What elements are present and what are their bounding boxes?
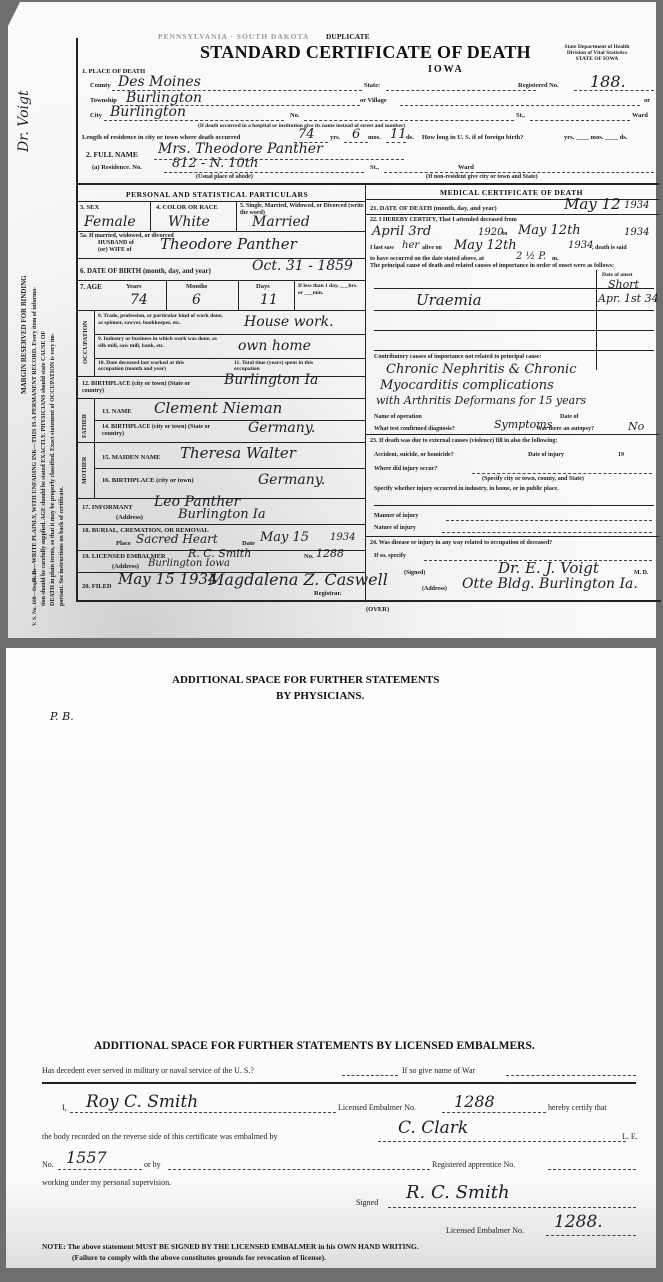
personal-section-title: PERSONAL AND STATISTICAL PARTICULARS — [126, 190, 308, 199]
margin-handwritten-note: Dr. Voigt — [16, 90, 32, 152]
le-no-value: 1557 — [66, 1148, 107, 1167]
father-birthplace-label: 14. BIRTHPLACE (city or town) (State or … — [102, 424, 212, 438]
birthplace-label: 12. BIRTHPLACE (city or town) (State or … — [82, 381, 192, 395]
informant-address-label: (Address) — [116, 514, 143, 521]
where-label: Where did injury occur? — [374, 466, 437, 472]
foreign-birth-label: How long in U. S. if of foreign birth? — [422, 134, 523, 141]
i-label: I, — [62, 1103, 67, 1112]
instruction-line-4: portant. See instructions on back of cer… — [59, 486, 65, 606]
city-ward-label: Ward — [632, 112, 648, 119]
war-label: If so give name of War — [402, 1066, 475, 1075]
age-years-label: Years — [126, 283, 142, 290]
agency-block: State Department of Health Division of V… — [538, 44, 656, 62]
date-of-death-value: May 12 — [564, 195, 621, 213]
age-days-value: 11 — [260, 292, 278, 308]
full-name-value: Mrs. Theodore Panther — [158, 141, 323, 157]
age-years-value: 74 — [130, 292, 148, 308]
embalmed-by-value: C. Clark — [398, 1118, 468, 1138]
contributory-line-1: Chronic Nephritis & Chronic — [386, 362, 577, 377]
county-value: Des Moines — [118, 74, 201, 90]
embalmer-signature: R. C. Smith — [406, 1182, 510, 1203]
medical-section-title: MEDICAL CERTIFICATE OF DEATH — [440, 188, 583, 197]
signed-label: (Signed) — [404, 570, 425, 576]
alive-on-label: alive on — [422, 245, 442, 251]
contributory-label: Contributory causes of importance not re… — [374, 354, 594, 361]
death-said-label: , death is said — [592, 245, 627, 251]
residence-length-label: Length of residence in city or town wher… — [82, 134, 240, 141]
mother-birthplace-label: 16. BIRTHPLACE (city or town) — [102, 477, 194, 484]
physicians-title-line-2: BY PHYSICIANS. — [276, 690, 364, 702]
residence-value: 812 - N. 10th — [172, 156, 258, 171]
mother-birthplace-value: Germany. — [258, 472, 325, 488]
agency-line-3: STATE OF IOWA — [538, 56, 656, 62]
signed-license-label: Licensed Embalmer No. — [446, 1226, 524, 1235]
age-months-value: 6 — [192, 292, 201, 308]
physician-address-value: Otte Bldg. Burlington Ia. — [462, 576, 638, 592]
city-no-label: No. — [290, 112, 300, 119]
instruction-line-2: tion should be carefully supplied. AGE s… — [41, 331, 47, 606]
foreign-birth-units: yrs. ____ mos. ____ ds. — [564, 134, 627, 141]
date-of-death-label: 21. DATE OF DEATH (month, day, and year) — [370, 205, 497, 212]
supervision-label: working under my personal supervision. — [42, 1178, 171, 1187]
margin-reserved-label: MARGIN RESERVED FOR BINDING — [20, 275, 28, 394]
burial-place-value: Sacred Heart — [136, 532, 218, 546]
occupation-side-label: OCCUPATION — [82, 321, 89, 364]
attended-to-year: 1934 — [624, 227, 649, 238]
last-saw-date: May 12th — [454, 238, 517, 253]
burial-place-label: Place — [116, 540, 131, 547]
over-label: (OVER) — [366, 606, 389, 613]
burial-date-value: May 15 — [260, 530, 309, 545]
burial-year-value: 1934 — [330, 532, 355, 543]
principal-cause-value: Uraemia — [416, 291, 482, 309]
city-st-label: St., — [516, 112, 525, 119]
embalmers-title: ADDITIONAL SPACE FOR FURTHER STATEMENTS … — [94, 1040, 535, 1052]
attended-from-year: 1920 — [478, 227, 503, 238]
total-time-label: 11. Total time (years) spent in this occ… — [234, 360, 314, 372]
informant-address-value: Burlington Ia — [178, 507, 266, 522]
village-label: or Village — [360, 97, 387, 104]
physician-address-label: (Address) — [422, 586, 447, 592]
reverse-margin-note: P. B. — [50, 710, 74, 723]
residence-days: 11 — [390, 127, 407, 142]
registered-no-value: 188. — [590, 72, 626, 91]
last-saw-who: her — [402, 240, 419, 251]
registrar-signature: Magdalena Z. Caswell — [208, 570, 388, 589]
operation-date-label: Date of — [560, 414, 579, 420]
father-side-label: FATHER — [82, 414, 88, 438]
filed-value: May 15 1934 — [118, 570, 218, 588]
city-value: Burlington — [110, 104, 186, 120]
attended-from-value: April 3rd — [372, 224, 431, 239]
apprentice-label: Registered apprentice No. — [432, 1160, 515, 1169]
onset-note: Short — [608, 278, 639, 291]
attended-to-label: to — [502, 230, 507, 237]
marital-value: Married — [252, 214, 310, 230]
industry-value: own home — [238, 338, 311, 354]
embalmer-no-label: No. — [304, 553, 314, 560]
sex-value: Female — [84, 214, 136, 230]
where-note: (Specify city or town, county, and State… — [482, 476, 584, 482]
duplicate-label: DUPLICATE — [326, 32, 370, 41]
test-label: What test confirmed diagnosis? — [374, 426, 455, 432]
sex-label: 3. SEX — [80, 204, 99, 211]
residence-yrs-label: yrs. — [330, 134, 340, 141]
physicians-title-line-1: ADDITIONAL SPACE FOR FURTHER STATEMENTS — [172, 674, 439, 686]
residence-ds-label: ds. — [406, 134, 414, 141]
time-of-death: 2 ½ P. — [516, 251, 546, 262]
birthplace-value: Burlington Ia — [224, 372, 318, 388]
military-service-label: Has decedent ever served in military or … — [42, 1066, 254, 1075]
attended-to-value: May 12th — [518, 223, 581, 238]
death-year-value: 1934 — [624, 200, 649, 211]
age-months-label: Months — [186, 283, 207, 290]
reverse-embalmer-name: Roy C. Smith — [86, 1092, 198, 1112]
signed-license-no: 1288. — [554, 1212, 603, 1232]
last-saw-year: 1934 — [568, 240, 593, 251]
autopsy-value: No — [628, 420, 644, 433]
mother-name-value: Theresa Walter — [180, 444, 296, 462]
father-birthplace-value: Germany. — [248, 420, 315, 436]
county-label: County — [90, 82, 111, 89]
causes-label: The principal cause of death and related… — [370, 263, 654, 270]
signed-label: Signed — [356, 1198, 378, 1207]
residence-ward-label: Ward — [458, 164, 474, 171]
body-recorded-label: the body recorded on the reverse side of… — [42, 1132, 277, 1141]
occupation-related-label: 24. Was disease or injury in any way rel… — [370, 540, 552, 546]
faded-header: PENNSYLVANIA · SOUTH DAKOTA — [158, 32, 309, 41]
le-label: L. E. — [622, 1132, 638, 1141]
last-worked-label: 10. Date deceased last worked at this oc… — [98, 360, 208, 372]
residence-label: (a) Residence. No. — [92, 164, 142, 171]
note-line-2: (Failure to comply with the above consti… — [72, 1253, 326, 1262]
contributory-line-3: with Arthritis Deformans for 15 years — [376, 394, 586, 407]
occurred-label: to have occurred on the date stated abov… — [370, 256, 484, 262]
spouse-value: Theodore Panther — [160, 235, 297, 253]
full-name-label: 2. FULL NAME — [86, 150, 138, 159]
township-label: Township — [90, 97, 117, 104]
filed-label: 20. FILED — [82, 583, 112, 590]
registrar-label: Registrar. — [314, 590, 341, 597]
instruction-line-3: DEATH in plain terms, so that it may be … — [50, 333, 56, 606]
city-label: City — [90, 112, 102, 119]
contributory-line-2: Myocarditis complications — [380, 378, 554, 393]
onset-date: Apr. 1st 34 — [598, 292, 659, 305]
race-value: White — [168, 214, 210, 230]
le-no-label: No. — [42, 1160, 54, 1169]
father-name-label: 13. NAME — [102, 408, 132, 415]
embalmer-address-value: Burlington Iowa — [148, 558, 230, 569]
certificate-title: STANDARD CERTIFICATE OF DEATH — [200, 42, 531, 63]
accident-label: Accident, suicide, or homicide? — [374, 452, 454, 458]
injury-date-label: Date of injury — [528, 452, 564, 458]
embalmer-address-label: (Address) — [112, 563, 139, 570]
autopsy-label: Was there an autopsy? — [536, 426, 594, 432]
residence-years: 74 — [298, 127, 315, 142]
or-by-label: or by — [144, 1160, 161, 1169]
nature-label: Nature of injury — [374, 525, 416, 531]
if-so-label: If so, specify — [374, 553, 406, 559]
trade-label: 8. Trade, profession, or particular kind… — [98, 313, 224, 327]
industry-label: 9. Industry or business in which work wa… — [98, 336, 224, 350]
age-label: 7. AGE — [80, 283, 102, 291]
registered-no-label: Registered No. — [518, 82, 559, 89]
residence-months: 6 — [352, 127, 360, 142]
age-days-label: Days — [256, 283, 270, 290]
last-saw-label: I last saw — [370, 245, 394, 251]
dob-value: Oct. 31 - 1859 — [252, 258, 353, 274]
binding-margin: MARGIN RESERVED FOR BINDING V. S. No. 16… — [12, 42, 72, 632]
trade-value: House work. — [244, 314, 334, 330]
hereby-certify-label: hereby certify that — [548, 1103, 607, 1112]
mother-side-label: MOTHER — [82, 457, 88, 484]
license-label: Licensed Embalmer No. — [338, 1103, 416, 1112]
race-label: 4. COLOR OR RACE — [156, 204, 218, 211]
certify-label: 22. I HEREBY CERTIFY, That I attended de… — [370, 217, 517, 223]
license-no-value: 1288 — [454, 1092, 495, 1111]
spouse-label-b: HUSBAND of — [98, 240, 134, 246]
residence-st-label: St., — [370, 164, 379, 171]
instruction-line-1: N. B.—WRITE PLAINLY, WITH UNFADING INK—T… — [32, 287, 38, 582]
manner-label: Manner of injury — [374, 513, 419, 519]
certificate-reverse: ADDITIONAL SPACE FOR FURTHER STATEMENTS … — [6, 648, 656, 1268]
less-than-day-label: If less than 1 day, ___hrs. or ___min. — [298, 283, 362, 297]
father-name-value: Clement Nieman — [154, 399, 282, 417]
state-label: State: — [364, 82, 380, 89]
or-label: or — [644, 97, 650, 104]
m-label: m. — [552, 256, 559, 262]
external-causes-label: 23. If death was due to external causes … — [370, 438, 557, 444]
spouse-label-c: (or) WIFE of — [98, 247, 132, 253]
burial-date-label: Date — [242, 540, 255, 547]
residence-mos-label: mos. — [368, 134, 381, 141]
specify-injury-label: Specify whether injury occurred in indus… — [374, 486, 559, 492]
dob-label: 6. DATE OF BIRTH (month, day, and year) — [80, 267, 211, 275]
nonresident-note: (If non-resident give city or town and S… — [426, 174, 538, 180]
mother-name-label: 15. MAIDEN NAME — [102, 454, 160, 461]
physician-signature: Dr. E. J. Voigt — [498, 559, 599, 577]
embalmer-no-value: 1288 — [316, 547, 344, 560]
injury-year-label: 19 — [618, 452, 624, 458]
certificate-front: MARGIN RESERVED FOR BINDING V. S. No. 16… — [8, 2, 656, 638]
certificate-state: IOWA — [428, 64, 464, 75]
operation-label: Name of operation — [374, 414, 422, 420]
note-line-1: NOTE: The above statement MUST BE SIGNED… — [42, 1242, 419, 1251]
informant-label: 17. INFORMANT — [82, 504, 133, 511]
abode-note: (Usual place of abode) — [196, 174, 253, 180]
